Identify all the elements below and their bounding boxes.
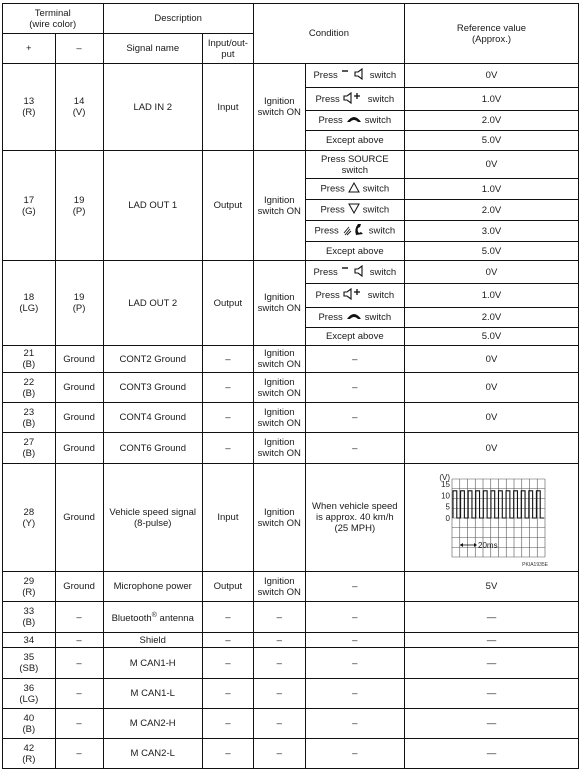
terminal-plus: 13 (R) — [3, 64, 56, 151]
signal-name-suffix: antenna — [157, 613, 194, 624]
condition-sub: Pressswitch — [305, 261, 404, 284]
terminal-minus: 19 (P) — [55, 151, 103, 261]
condition-detail: – — [305, 433, 404, 464]
condition-detail: – — [305, 346, 404, 373]
table-row: 18 (LG)19 (P)LAD OUT 2OutputIgnition swi… — [3, 261, 579, 284]
condition-main: – — [253, 648, 305, 679]
condition-detail: – — [305, 739, 404, 769]
input-output: – — [202, 739, 253, 769]
condition-text-suffix: switch — [365, 115, 391, 126]
terminal-minus: Ground — [55, 373, 103, 403]
reference-value: 0V — [404, 433, 578, 464]
reference-value: 5.0V — [404, 131, 578, 151]
signal-name: M CAN1-L — [103, 679, 202, 709]
condition-sub: Except above — [305, 242, 404, 261]
condition-detail: – — [305, 403, 404, 433]
reference-value: 2.0V — [404, 200, 578, 221]
condition-text: Press — [318, 312, 342, 323]
terminal-minus: – — [55, 679, 103, 709]
reference-value: — — [404, 602, 578, 633]
input-output: Output — [202, 572, 253, 602]
condition-detail: – — [305, 709, 404, 739]
header-input-output: Input/out- put — [202, 34, 253, 64]
condition-text-suffix: switch — [368, 94, 394, 105]
signal-name: LAD OUT 1 — [103, 151, 202, 261]
reference-value: — — [404, 679, 578, 709]
terminal-minus: – — [55, 602, 103, 633]
condition-text: Press — [313, 70, 337, 81]
signal-name: Shield — [103, 633, 202, 648]
condition-main: Ignition switch ON — [253, 261, 305, 346]
condition-text-suffix: switch — [370, 70, 396, 81]
terminal-minus: – — [55, 633, 103, 648]
terminal-plus: 23 (B) — [3, 403, 56, 433]
condition-sub: Except above — [305, 328, 404, 346]
condition-sub: Pressswitch — [305, 200, 404, 221]
terminal-plus: 34 — [3, 633, 56, 648]
reference-value: 1.0V — [404, 284, 578, 308]
table-row: 36 (LG)–M CAN1-L–––— — [3, 679, 579, 709]
volume-up-icon — [343, 92, 365, 107]
reference-value: 0V — [404, 403, 578, 433]
reference-value: — — [404, 739, 578, 769]
header-plus: + — [3, 34, 56, 64]
signal-name: Vehicle speed signal (8-pulse) — [103, 464, 202, 572]
condition-text: Except above — [326, 135, 384, 146]
reference-value: 5.0V — [404, 242, 578, 261]
svg-text:20ms: 20ms — [478, 541, 498, 550]
condition-text: Press — [320, 205, 344, 216]
condition-main: Ignition switch ON — [253, 572, 305, 602]
condition-main: – — [253, 739, 305, 769]
table-row: 34–Shield–––— — [3, 633, 579, 648]
signal-name: CONT2 Ground — [103, 346, 202, 373]
reference-value: 2.0V — [404, 111, 578, 131]
terminal-plus: 17 (G) — [3, 151, 56, 261]
condition-sub: Pressswitch — [305, 179, 404, 200]
condition-text-suffix: switch — [368, 290, 394, 301]
table-row: 17 (G)19 (P)LAD OUT 1OutputIgnition swit… — [3, 151, 579, 179]
condition-sub: Pressswitch — [305, 111, 404, 131]
condition-main: Ignition switch ON — [253, 433, 305, 464]
terminal-plus: 36 (LG) — [3, 679, 56, 709]
phone-hangup-icon — [346, 311, 362, 324]
signal-name: LAD OUT 2 — [103, 261, 202, 346]
input-output: – — [202, 602, 253, 633]
condition-text: Press — [315, 290, 339, 301]
condition-text: Except above — [326, 331, 384, 342]
reference-value: 0V — [404, 261, 578, 284]
terminal-plus: 28 (Y) — [3, 464, 56, 572]
condition-main: – — [253, 709, 305, 739]
header-signal-name: Signal name — [103, 34, 202, 64]
volume-down-icon — [341, 265, 367, 280]
table-row: 13 (R)14 (V)LAD IN 2InputIgnition switch… — [3, 64, 579, 88]
signal-name-text: M CAN1-L — [131, 688, 175, 699]
condition-detail: – — [305, 572, 404, 602]
terminal-minus: Ground — [55, 464, 103, 572]
condition-sub: Pressswitch — [305, 308, 404, 328]
signal-name-text: CONT4 Ground — [119, 412, 186, 423]
input-output: – — [202, 346, 253, 373]
header-reference-value: Reference value (Approx.) — [404, 4, 578, 64]
reference-value: 0V — [404, 151, 578, 179]
condition-sub: Pressswitch — [305, 221, 404, 242]
condition-sub: Pressswitch — [305, 284, 404, 308]
signal-name: M CAN1-H — [103, 648, 202, 679]
condition-text-suffix: switch — [365, 312, 391, 323]
terminal-plus: 27 (B) — [3, 433, 56, 464]
terminal-plus: 35 (SB) — [3, 648, 56, 679]
table-row: 21 (B)GroundCONT2 Ground–Ignition switch… — [3, 346, 579, 373]
reference-value: 0V — [404, 346, 578, 373]
reference-value: 1.0V — [404, 88, 578, 111]
phone-hangup-icon — [346, 114, 362, 127]
table-row: 33 (B)–Bluetooth® antenna–––— — [3, 602, 579, 633]
reference-value: 0V — [404, 373, 578, 403]
input-output: – — [202, 373, 253, 403]
terminal-minus: Ground — [55, 403, 103, 433]
reference-value: 2.0V — [404, 308, 578, 328]
condition-main: Ignition switch ON — [253, 64, 305, 151]
pulse-waveform-graph: (V)15105020msPKIA1935E — [405, 465, 578, 571]
up-triangle-icon — [348, 182, 360, 196]
signal-name-text: CONT3 Ground — [119, 382, 186, 393]
header-condition: Condition — [253, 4, 404, 64]
terminal-plus: 22 (B) — [3, 373, 56, 403]
signal-name: M CAN2-L — [103, 739, 202, 769]
terminal-minus: – — [55, 709, 103, 739]
condition-text: Press — [320, 184, 344, 195]
signal-name: CONT6 Ground — [103, 433, 202, 464]
condition-detail: – — [305, 633, 404, 648]
condition-text: Except above — [326, 246, 384, 257]
condition-text-suffix: switch — [363, 205, 389, 216]
terminal-plus: 21 (B) — [3, 346, 56, 373]
signal-name-text: Bluetooth — [112, 613, 152, 624]
signal-name-text: CONT6 Ground — [119, 443, 186, 454]
terminal-minus: Ground — [55, 346, 103, 373]
input-output: – — [202, 648, 253, 679]
condition-text: Press — [318, 115, 342, 126]
header-description: Description — [103, 4, 253, 34]
condition-main: Ignition switch ON — [253, 346, 305, 373]
condition-text-suffix: switch — [363, 184, 389, 195]
terminal-minus: – — [55, 739, 103, 769]
condition-sub: Except above — [305, 131, 404, 151]
signal-name-text: M CAN2-L — [131, 748, 175, 759]
input-output: Output — [202, 261, 253, 346]
table-row: 23 (B)GroundCONT4 Ground–Ignition switch… — [3, 403, 579, 433]
signal-name-text: M CAN2-H — [130, 718, 176, 729]
condition-main: – — [253, 679, 305, 709]
input-output: – — [202, 403, 253, 433]
signal-name: CONT3 Ground — [103, 373, 202, 403]
down-triangle-icon — [348, 203, 360, 217]
table-row: 27 (B)GroundCONT6 Ground–Ignition switch… — [3, 433, 579, 464]
signal-name: LAD IN 2 — [103, 64, 202, 151]
condition-main: – — [253, 602, 305, 633]
signal-name: M CAN2-H — [103, 709, 202, 739]
condition-sub: Pressswitch — [305, 64, 404, 88]
terminal-plus: 42 (R) — [3, 739, 56, 769]
volume-up-icon — [343, 288, 365, 303]
terminal-plus: 40 (B) — [3, 709, 56, 739]
terminal-plus: 18 (LG) — [3, 261, 56, 346]
terminal-minus: 19 (P) — [55, 261, 103, 346]
volume-down-icon — [341, 68, 367, 83]
condition-main: Ignition switch ON — [253, 151, 305, 261]
condition-text: Press SOURCE switch — [321, 154, 389, 176]
svg-text:10: 10 — [441, 491, 450, 500]
input-output: Output — [202, 151, 253, 261]
reference-value: 3.0V — [404, 221, 578, 242]
condition-text-suffix: switch — [370, 267, 396, 278]
svg-text:15: 15 — [441, 480, 450, 489]
input-output: – — [202, 433, 253, 464]
condition-main: Ignition switch ON — [253, 464, 305, 572]
input-output: Input — [202, 64, 253, 151]
condition-main: – — [253, 633, 305, 648]
condition-detail: – — [305, 679, 404, 709]
reference-value: — — [404, 633, 578, 648]
condition-detail: – — [305, 373, 404, 403]
reference-value: 5.0V — [404, 328, 578, 346]
svg-text:5: 5 — [446, 502, 451, 511]
terminal-minus: Ground — [55, 433, 103, 464]
reference-value: 1.0V — [404, 179, 578, 200]
condition-main: Ignition switch ON — [253, 403, 305, 433]
terminal-minus: – — [55, 648, 103, 679]
header-terminal: Terminal (wire color) — [3, 4, 104, 34]
table-row: 29 (R)GroundMicrophone powerOutputIgniti… — [3, 572, 579, 602]
reference-value: 0V — [404, 64, 578, 88]
reference-value: — — [404, 648, 578, 679]
input-output: – — [202, 679, 253, 709]
terminal-plus: 33 (B) — [3, 602, 56, 633]
signal-name-text: M CAN1-H — [130, 658, 176, 669]
table-row: 35 (SB)–M CAN1-H–––— — [3, 648, 579, 679]
signal-name: CONT4 Ground — [103, 403, 202, 433]
terminal-plus: 29 (R) — [3, 572, 56, 602]
input-output: – — [202, 633, 253, 648]
condition-detail: – — [305, 648, 404, 679]
input-output: – — [202, 709, 253, 739]
voice-phone-icon — [342, 223, 366, 239]
table-row: 40 (B)–M CAN2-H–––— — [3, 709, 579, 739]
terminal-minus: Ground — [55, 572, 103, 602]
reference-value: 5V — [404, 572, 578, 602]
condition-detail: – — [305, 602, 404, 633]
signal-name-text: Microphone power — [114, 581, 192, 592]
svg-text:0: 0 — [446, 514, 451, 523]
condition-detail: When vehicle speed is approx. 40 km/h (2… — [305, 464, 404, 572]
condition-main: Ignition switch ON — [253, 373, 305, 403]
terminal-reference-table: Terminal (wire color) Description Condit… — [2, 3, 579, 769]
input-output: Input — [202, 464, 253, 572]
condition-sub: Pressswitch — [305, 88, 404, 111]
condition-text: Press — [314, 226, 338, 237]
reference-value: — — [404, 709, 578, 739]
table-row: 22 (B)GroundCONT3 Ground–Ignition switch… — [3, 373, 579, 403]
table-row: 42 (R)–M CAN2-L–––— — [3, 739, 579, 769]
svg-text:PKIA1935E: PKIA1935E — [522, 562, 549, 568]
signal-name-text: CONT2 Ground — [119, 354, 186, 365]
condition-text: Press — [313, 267, 337, 278]
table-row: 28 (Y)GroundVehicle speed signal (8-puls… — [3, 464, 579, 572]
condition-sub: Press SOURCE switch — [305, 151, 404, 179]
condition-text: Press — [315, 94, 339, 105]
reference-waveform: (V)15105020msPKIA1935E — [404, 464, 578, 572]
condition-text-suffix: switch — [369, 226, 395, 237]
terminal-minus: 14 (V) — [55, 64, 103, 151]
signal-name: Bluetooth® antenna — [103, 602, 202, 633]
header-minus: – — [55, 34, 103, 64]
signal-name: Microphone power — [103, 572, 202, 602]
signal-name-text: Shield — [140, 635, 166, 646]
